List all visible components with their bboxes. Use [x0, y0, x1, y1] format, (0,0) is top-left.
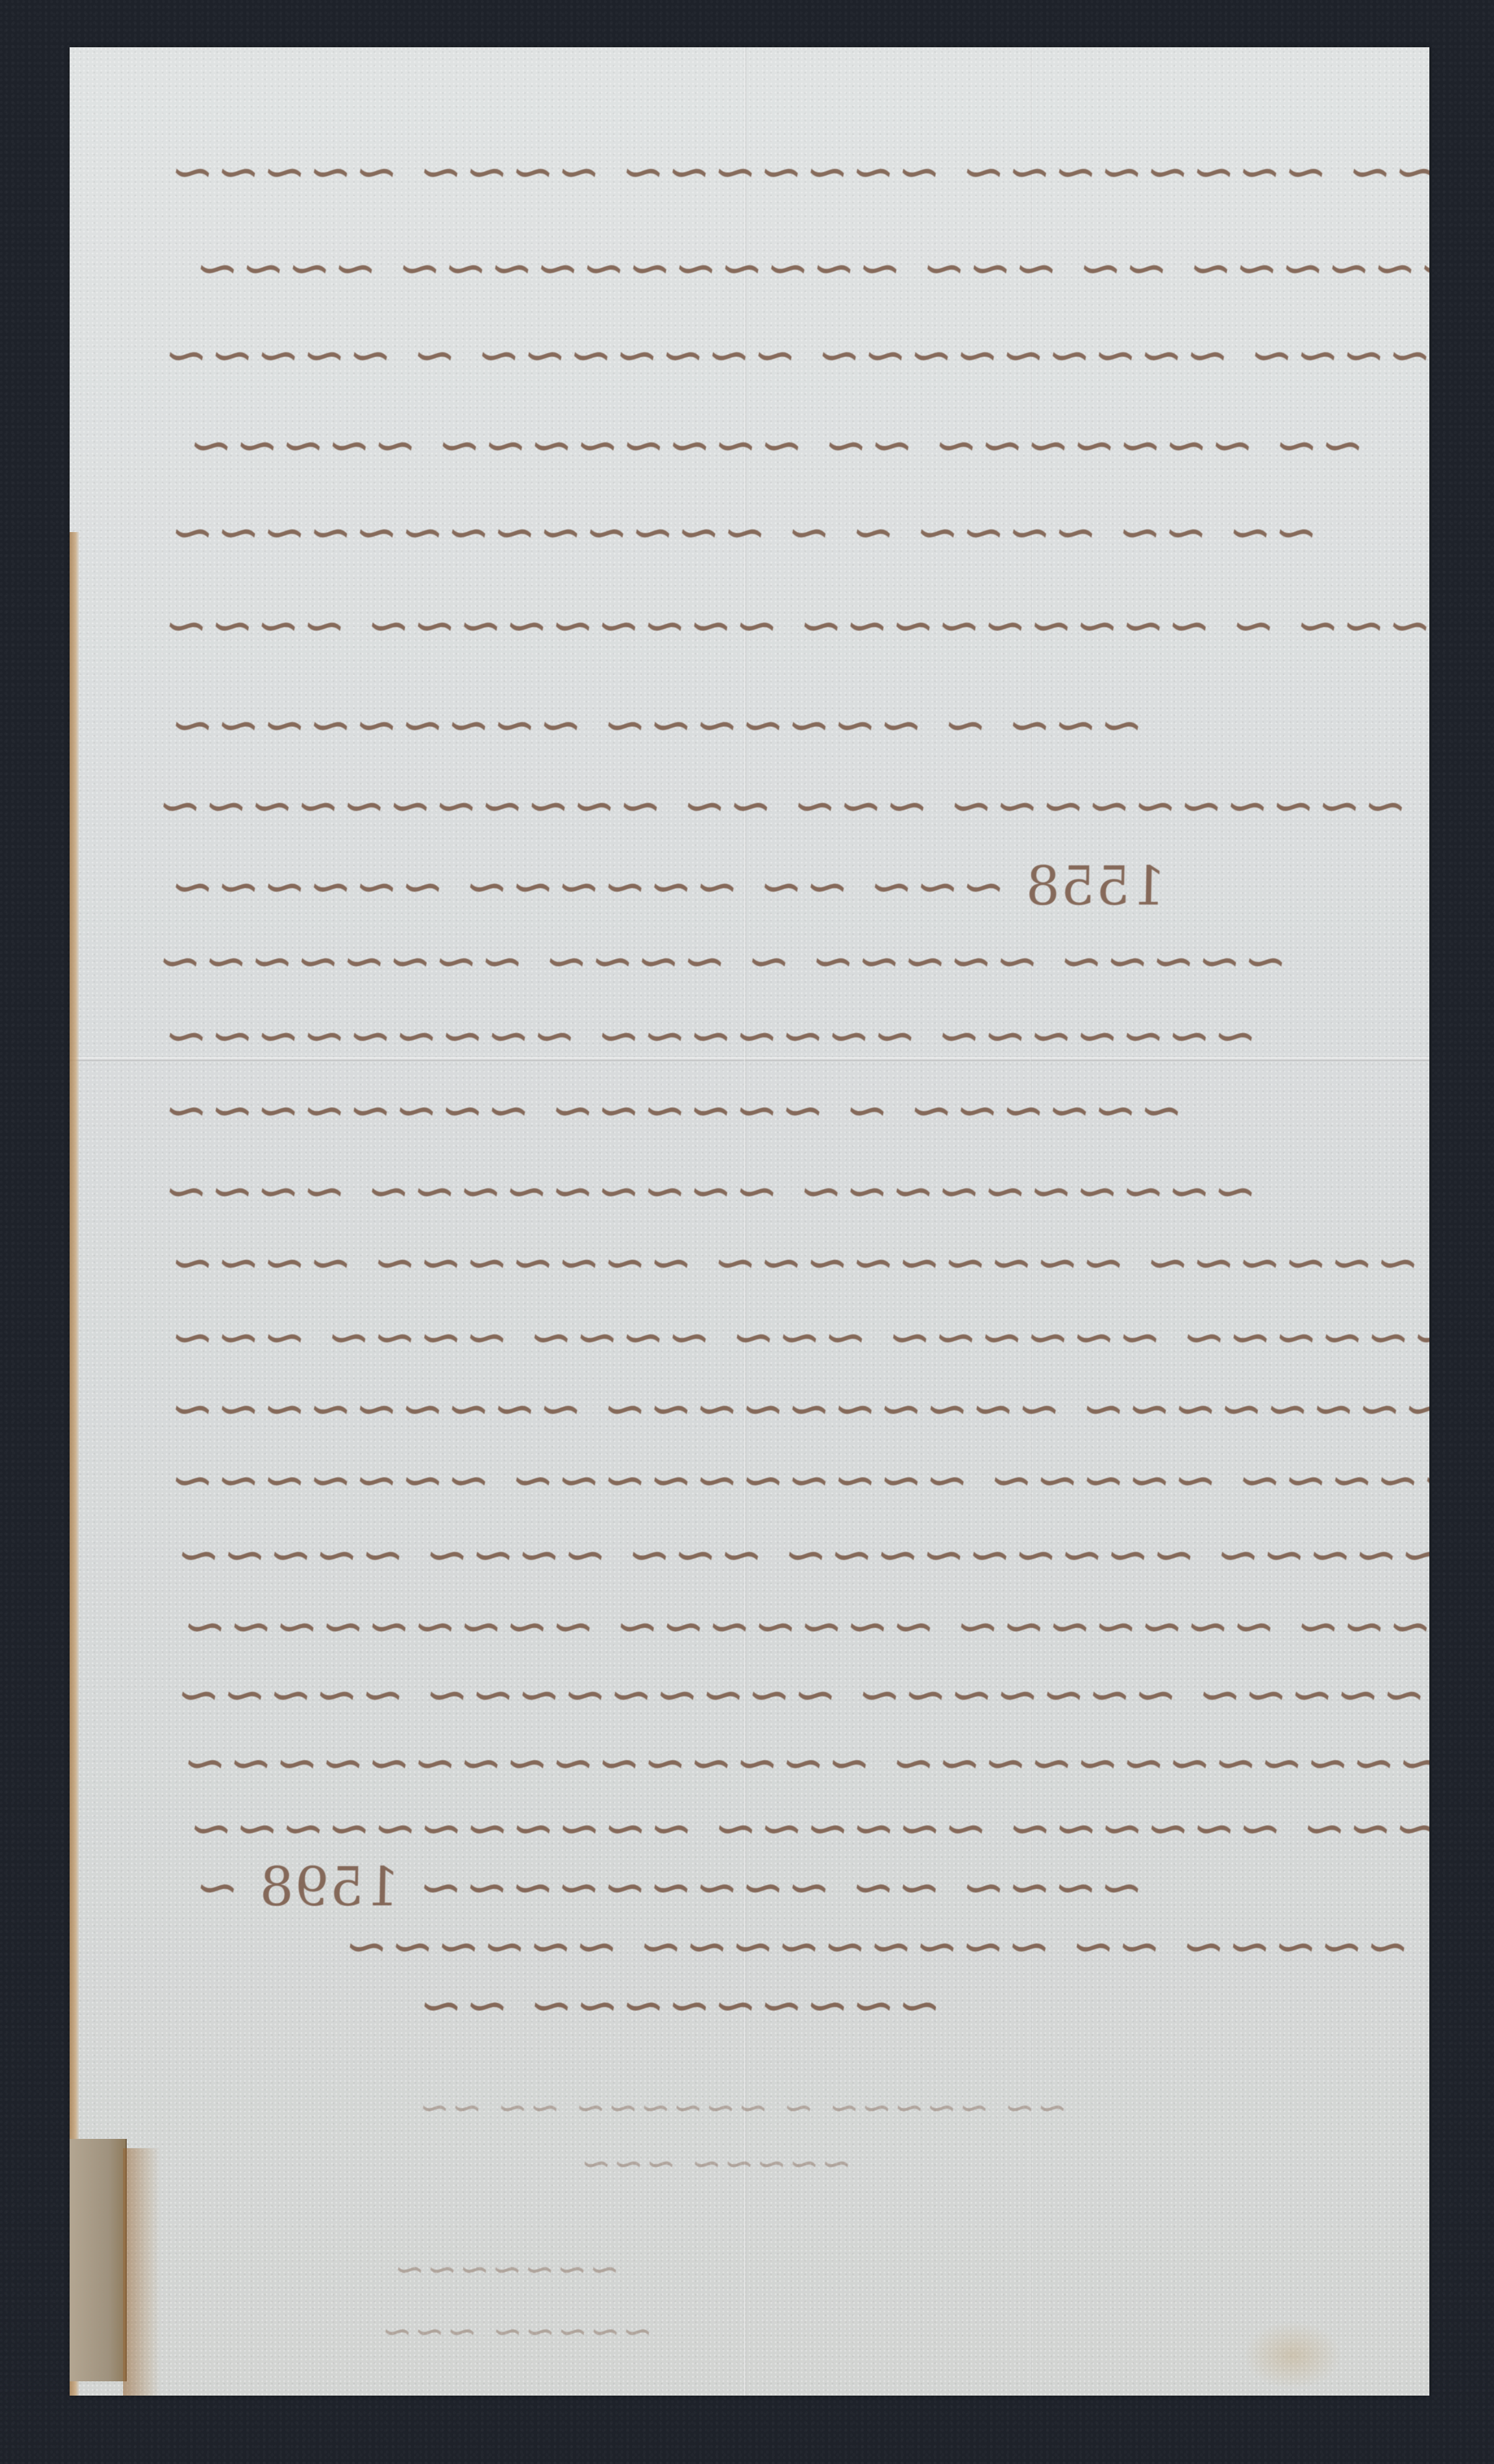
handwriting-line: ~~~~~~ ~ ~~~~~~~~~ ~~~~~~~~~ ~~~~ [156, 594, 1429, 656]
handwriting-line: ~~~~~~~~ ~~~~~~~~~ ~~~ ~~~~ ~~~~~ [168, 1524, 1429, 1586]
handwriting-line: ~~~~~ ~~~~~~~~~ ~~~~~~~ ~ ~~~~~ [156, 324, 1429, 386]
handwriting-line: ~~~~~~ ~~~~~~ ~~~ ~~~~ ~~~~ ~~~ [162, 1306, 1429, 1368]
faint-marginal-note: ~~~~~ ~~~ [575, 2142, 857, 2186]
handwriting-line: ~~ ~~~~~~~ ~~ ~~~~~~~~ ~~~~~ [181, 414, 1372, 476]
handwriting-line: ~~~~~ ~~~~~ ~ ~~~~ ~~~~~~~~ [150, 930, 1295, 992]
handwriting-line: ~~~~~~ ~~~~~ ~~~~~~~~~~ ~~~~~~~ [162, 1449, 1429, 1511]
handwriting-line: ~~~ ~ ~~~~~~~ ~~~~~~~~~ [162, 694, 1150, 756]
handwriting-line: ~~~~~~~~~~ ~~~ ~~ ~~~~~~~~~~~ [150, 775, 1414, 837]
handwriting-line: ~~~ ~~~~~~~ ~~~~~~~ ~~~~~~~~~ [175, 1595, 1429, 1657]
faint-marginal-note: ~~ ~~~~~ ~ ~~~~~~ ~~ ~~ [413, 2086, 1073, 2130]
handwriting-line: ~~~~~~ ~~~~~~~~~ ~~~~~~~ ~~~~ [162, 1231, 1427, 1294]
handwriting-line: ~~~ ~~~~~~~~ ~~~~~~~ ~~~~ ~~~~~ [162, 140, 1429, 203]
handwriting-line: 1558 ~~~ ~~ ~~~~~~ ~~~~~~ [162, 855, 1171, 917]
mirrored-handwriting: ~~~ ~~~~~~~~ ~~~~~~~ ~~~~ ~~~~~ ~~~~~~~ … [70, 47, 1429, 2396]
handwriting-line: ~~~~~~~~~~~~~ ~~~~~~~~~~~~~~~ [175, 1732, 1429, 1794]
manuscript-paper: ~~~ ~~~~~~~~ ~~~~~~~ ~~~~ ~~~~~ ~~~~~~~ … [70, 47, 1429, 2396]
handwriting-line: ~~~~~~~~~~ ~~~~~~~~~~ ~~~~~~~~~ [162, 1377, 1429, 1440]
faint-marginal-note: ~~~~~~~ [388, 2248, 625, 2291]
handwriting-line: ~~~~~~~ ~~ ~~~ ~~~~~~~~~~~ ~~~~ [187, 237, 1429, 299]
handwriting-line: ~~~~~~~~~~ ~~~~~~~~~ ~~~~ [156, 1160, 1264, 1222]
handwriting-line: ~~~~~~~~~ ~~ [411, 1974, 948, 2036]
handwriting-line: ~~~~~~~~~~ ~~~~~~~ ~~~~~~~~~ ~~~~~ [168, 1663, 1429, 1726]
handwriting-line: ~~~~~~ ~ ~~~~~~ ~~~~~~~~ [156, 1079, 1191, 1141]
handwriting-line: ~~~~ ~~ ~~~~~~~~~ 1598 ~ [187, 1856, 1150, 1918]
handwriting-line: ~~ ~~ ~~~~ ~ ~ ~~~~~~~~~~~~~ [162, 501, 1325, 563]
handwriting-line: ~~~~~~~ ~~~~~~~ ~~~~~~~~~ [156, 1004, 1264, 1067]
handwriting-line: ~ ~~~~~ ~~ ~~~~~~~~~ ~~~~~~ [336, 1915, 1429, 1977]
handwriting-line: ~~~~ ~~~~~~ ~~~~~~ ~~~~~~~~~~~ [181, 1797, 1429, 1859]
faint-marginal-note: ~~~~~ ~~~ [376, 2310, 658, 2353]
